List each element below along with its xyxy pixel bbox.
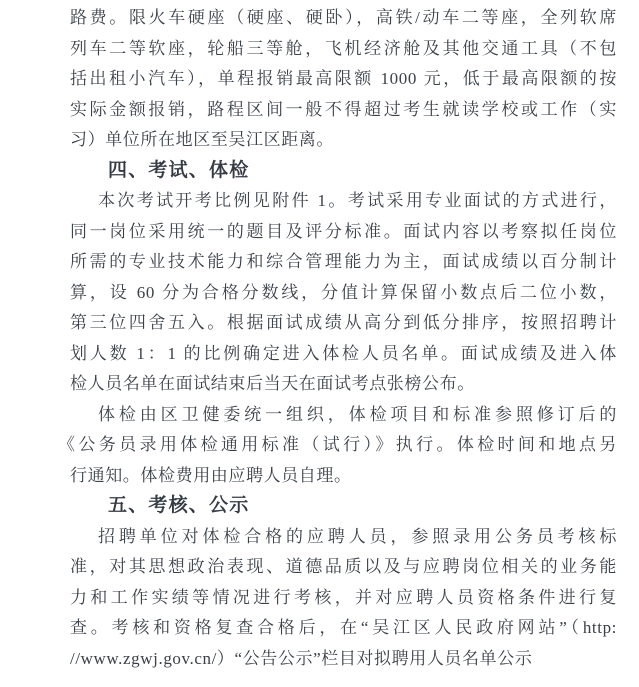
text-line: 实际金额报销，路程区间一般不得超过考生就读学校或工作（实 (70, 95, 617, 126)
text-line: 《公务员录用体检通用标准（试行）》执行。体检时间和地点另 (70, 430, 617, 461)
text-line: 行通知。体检费用由应聘人员自理。 (70, 461, 617, 492)
text-line: 括出租小汽车），单程报销最高限额 1000 元，低于最高限额的按 (70, 64, 617, 95)
text-line: 算，设 60 分为合格分数线，分值计算保留小数点后二位小数， (70, 278, 617, 309)
text-line: 划人数 1：1 的比例确定进入体检人员名单。面试成绩及进入体 (70, 339, 617, 370)
text-line: 招聘单位对体检合格的应聘人员，参照录用公务员考核标 (70, 522, 617, 553)
text-line: 路费。限火车硬座（硬座、硬卧），高铁/动车二等座，全列软席 (70, 3, 617, 34)
text-line: 同一岗位采用统一的题目及评分标准。面试内容以考察拟任岗位 (70, 217, 617, 248)
text-line: 本次考试开考比例见附件 1。考试采用专业面试的方式进行， (70, 186, 617, 217)
text-line: 查。考核和资格复查合格后，在“吴江区人民政府网站”（http: (70, 613, 617, 644)
text-line: 体检由区卫健委统一组织，体检项目和标准参照修订后的 (70, 400, 617, 431)
text-line: 所需的专业技术能力和综合管理能力为主，面试成绩以百分制计 (70, 247, 617, 278)
text-line: //www.zgwj.gov.cn/）“公告公示”栏目对拟聘用人员名单公示 (70, 644, 617, 675)
text-line: 习）单位所在地区至吴江区距离。 (70, 125, 617, 156)
section-heading-review: 五、考核、公示 (70, 491, 617, 522)
text-line: 列车二等软座，轮船三等舱，飞机经济舱及其他交通工具（不包 (70, 34, 617, 65)
text-line: 检人员名单在面试结束后当天在面试考点张榜公布。 (70, 369, 617, 400)
text-line: 力和工作实绩等情况进行考核，并对应聘人员资格条件进行复 (70, 583, 617, 614)
section-heading-exam: 四、考试、体检 (70, 156, 617, 187)
text-line: 准，对其思想政治表现、道德品质以及与应聘岗位相关的业务能 (70, 552, 617, 583)
document-page: 路费。限火车硬座（硬座、硬卧），高铁/动车二等座，全列软席 列车二等软座，轮船三… (0, 0, 639, 687)
text-line: 第三位四舍五入。根据面试成绩从高分到低分排序，按照招聘计 (70, 308, 617, 339)
